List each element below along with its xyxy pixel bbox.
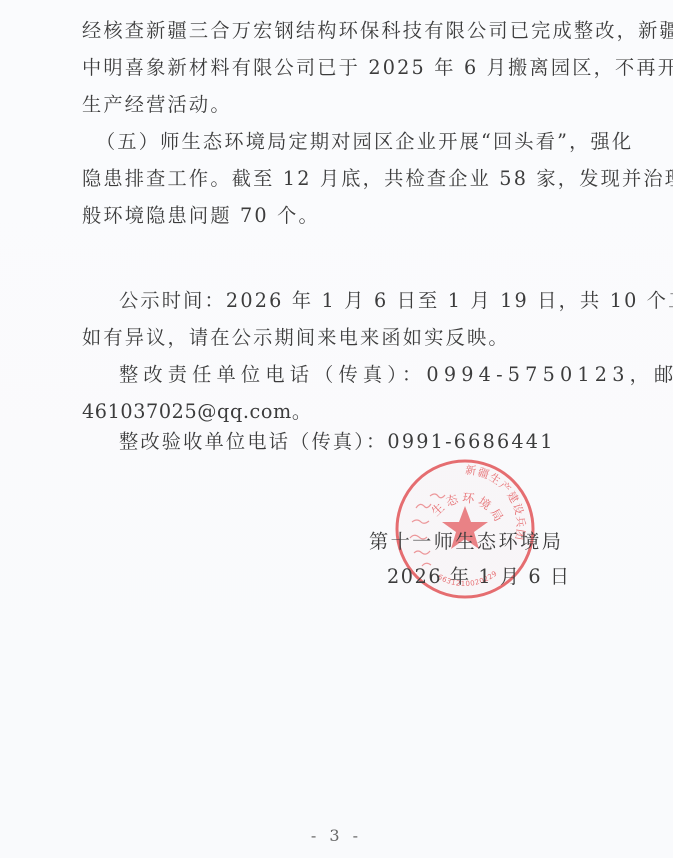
paragraph-line: 隐患排查工作。截至 12 月底，共检查企业 58 家，发现并治理一 bbox=[82, 167, 673, 191]
contact-email: 461037025@qq.com。 bbox=[82, 400, 312, 424]
paragraph-line: （五）师生态环境局定期对园区企业开展“回头看”，强化 bbox=[96, 130, 633, 154]
document-page: 经核查新疆三合万宏钢结构环保科技有限公司已完成整改，新疆 中明喜象新材料有限公司… bbox=[0, 0, 673, 858]
signing-date: 2026 年 1 月 6 日 bbox=[387, 565, 571, 589]
paragraph-line: 如有异议，请在公示期间来电来函如实反映。 bbox=[82, 326, 510, 350]
paragraph-line: 生产经营活动。 bbox=[82, 93, 232, 117]
announcement-period: 公示时间：2026 年 1 月 6 日至 1 月 19 日，共 10 个工作日。 bbox=[119, 289, 673, 313]
signing-organization: 第十一师生态环境局 bbox=[369, 530, 563, 554]
acceptance-unit-contact: 整改验收单位电话（传真）：0991-6686441 bbox=[119, 430, 555, 454]
responsible-unit-contact: 整改责任单位电话（传真）：0994-5750123，邮箱： bbox=[119, 363, 673, 387]
paragraph-line: 般环境隐患问题 70 个。 bbox=[82, 204, 320, 228]
paragraph-line: 中明喜象新材料有限公司已于 2025 年 6 月搬离园区，不再开展 bbox=[82, 56, 673, 80]
paragraph-line: 经核查新疆三合万宏钢结构环保科技有限公司已完成整改，新疆 bbox=[82, 19, 673, 43]
page-number: - 3 - bbox=[0, 826, 673, 845]
